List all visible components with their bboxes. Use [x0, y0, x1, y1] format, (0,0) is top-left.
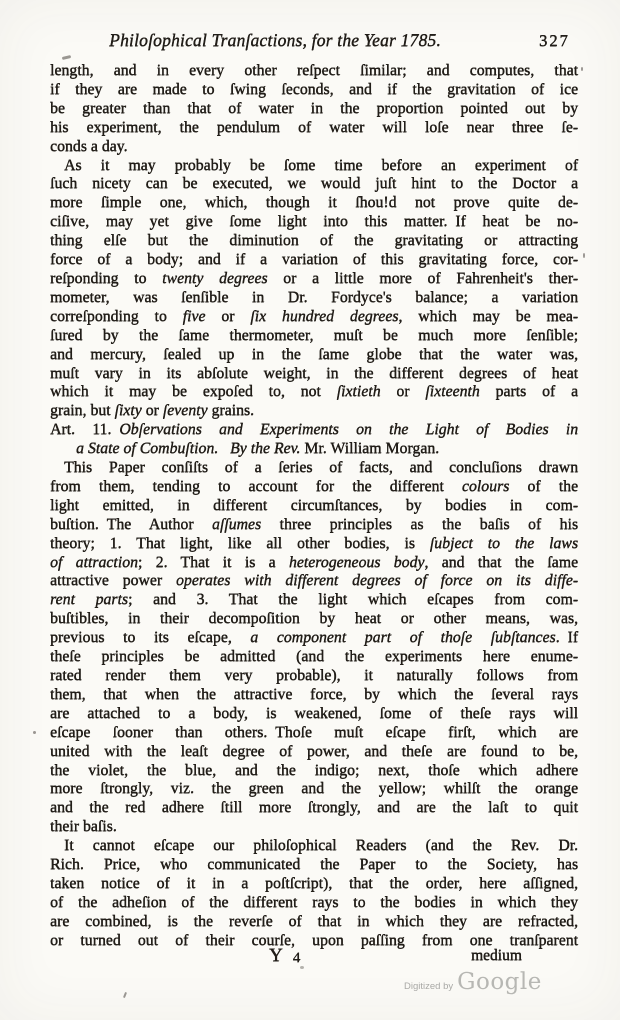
- text-line: theſe principles be admitted (and the ex…: [50, 648, 578, 667]
- text-line: eſcape ſooner than others. Thoſe muſt eſ…: [50, 724, 578, 743]
- scan-speck: [300, 966, 304, 969]
- article-heading: Art. 11. Obſervations and Experiments on…: [50, 421, 578, 459]
- text-line: previous to its eſcape, a component part…: [50, 629, 578, 648]
- paragraph: This Paper conſiſts of a ſeries of facts…: [50, 459, 578, 837]
- text-line: a State of Combuſtion. By the Rev. Mr. W…: [50, 440, 578, 459]
- text-line: Art. 11. Obſervations and Experiments on…: [50, 421, 578, 440]
- text-line: buſtibles, in their decompoſition by hea…: [50, 610, 578, 629]
- paragraph: As it may probably be ſome time before a…: [50, 157, 578, 422]
- text-line: length, and in every other reſpect ſimil…: [50, 62, 578, 81]
- text-line: be greater than that of water in the pro…: [50, 100, 578, 119]
- page-number: 327: [539, 31, 570, 51]
- text-line: more ſtrongly, viz. the green and the ye…: [50, 780, 578, 799]
- text-line: rated render them very probable), it nat…: [50, 667, 578, 686]
- google-watermark: Digitized byGoogle: [404, 969, 542, 995]
- text-line: force of a body; and if a variation of t…: [50, 251, 578, 270]
- signature-number: 4: [293, 950, 301, 966]
- scan-speck: [33, 731, 36, 734]
- paragraph: It cannot eſcape our philoſophical Reade…: [50, 837, 578, 950]
- text-line: and mercury, ſealed up in the ſame globe…: [50, 346, 578, 365]
- text-line: united with the leaſt degree of power, a…: [50, 743, 578, 762]
- text-line: of the adheſion of the different rays to…: [50, 894, 578, 913]
- text-line: Rich. Price, who communicated the Paper …: [50, 856, 578, 875]
- text-line: muſt vary in its abſolute weight, in the…: [50, 365, 578, 384]
- text-line: from them, tending to account for the di…: [50, 478, 578, 497]
- catchword: medium: [471, 947, 522, 965]
- google-logo: Google: [457, 969, 542, 995]
- text-line: attractive power operates with different…: [50, 572, 578, 591]
- text-line: ſured by the ſame thermometer, muſt be m…: [50, 327, 578, 346]
- text-line: ciſive, may yet give ſome light into thi…: [50, 213, 578, 232]
- text-line: It cannot eſcape our philoſophical Reade…: [50, 837, 578, 856]
- text-line: of attraction; 2. That it is a heterogen…: [50, 554, 578, 573]
- text-line: if they are made to ſwing ſeconds, and i…: [50, 81, 578, 100]
- book-page-scan: Philoſophical Tranſactions, for the Year…: [0, 0, 620, 1020]
- scan-speck: [583, 253, 585, 258]
- text-line: rent parts; and 3. That the light which …: [50, 591, 578, 610]
- text-line: are combined, is the reverſe of that in …: [50, 913, 578, 932]
- scan-speck: [62, 55, 71, 60]
- text-line: correſponding to five or ſix hundred deg…: [50, 308, 578, 327]
- scan-speck: [123, 992, 127, 998]
- signature-mark: Y4: [269, 945, 300, 967]
- text-line: their baſis.: [50, 818, 578, 837]
- text-line: more ſimple one, which, though it ſhou!d…: [50, 194, 578, 213]
- text-line: theory; 1. That light, like all other bo…: [50, 535, 578, 554]
- text-line: light emitted, in different circumſtance…: [50, 497, 578, 516]
- running-title: Philoſophical Tranſactions, for the Year…: [40, 30, 510, 51]
- text-line: This Paper conſiſts of a ſeries of facts…: [50, 459, 578, 478]
- text-line: reſponding to twenty degrees or a little…: [50, 270, 578, 289]
- text-line: the violet, the blue, and the indigo; ne…: [50, 762, 578, 781]
- signature-letter: Y: [269, 945, 283, 966]
- text-line: grain, but ſixty or ſeventy grains.: [50, 402, 578, 421]
- paragraph: length, and in every other reſpect ſimil…: [50, 62, 578, 157]
- text-line: conds a day.: [50, 138, 578, 157]
- digitized-by-label: Digitized by: [404, 981, 453, 992]
- text-line: his experiment, the pendulum of water wi…: [50, 119, 578, 138]
- text-line: mometer, was ſenſible in Dr. Fordyce's b…: [50, 289, 578, 308]
- text-line: thing elſe but the diminution of the gra…: [50, 232, 578, 251]
- text-line: As it may probably be ſome time before a…: [50, 157, 578, 176]
- text-line: ſuch nicety can be executed, we would ju…: [50, 175, 578, 194]
- text-line: which it may be expoſed to, not ſixtieth…: [50, 383, 578, 402]
- body-text: length, and in every other reſpect ſimil…: [50, 62, 578, 951]
- text-line: buſtion. The Author aſſumes three princi…: [50, 516, 578, 535]
- text-line: taken notice of it in a poſtſcript), tha…: [50, 875, 578, 894]
- text-line: are attached to a body, is weakened, ſom…: [50, 705, 578, 724]
- scan-speck: [581, 67, 583, 71]
- text-line: them, that when the attractive force, by…: [50, 686, 578, 705]
- text-line: and the red adhere ſtill more ſtrongly, …: [50, 799, 578, 818]
